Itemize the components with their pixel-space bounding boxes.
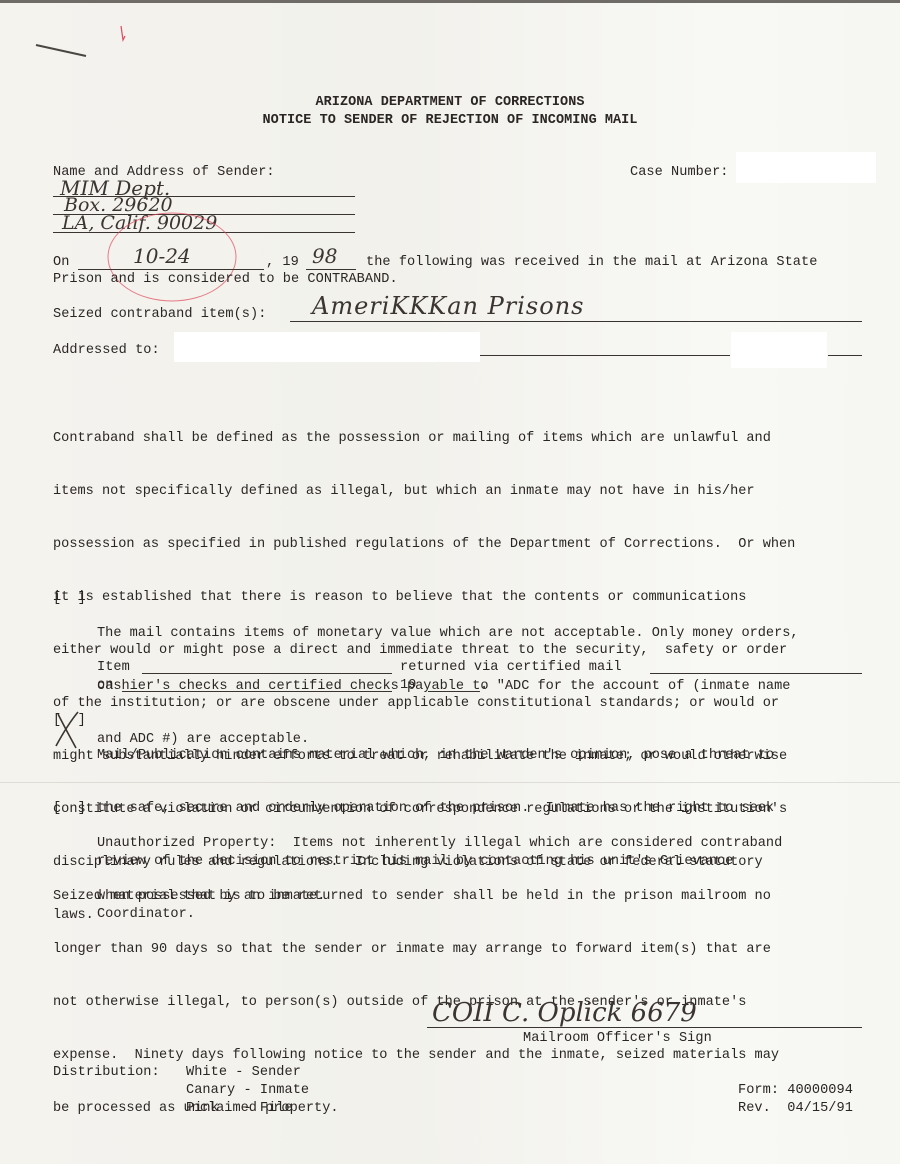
retention-line: longer than 90 days so that the sender o… [53, 941, 873, 959]
item-field[interactable] [142, 673, 392, 674]
distribution-copy-white: White - Sender [186, 1064, 301, 1082]
retention-line: expense. Ninety days following notice to… [53, 1047, 873, 1065]
received-text-line-2: Prison and is considered to be CONTRABAN… [53, 271, 398, 289]
checkbox-unauthorized-property[interactable]: [ ] [53, 800, 86, 818]
option-line: The mail contains items of monetary valu… [97, 625, 877, 643]
title-line-2: NOTICE TO SENDER OF REJECTION OF INCOMIN… [0, 112, 900, 130]
form-revision: Rev. 04/15/91 [738, 1100, 853, 1118]
form-number: Form: 40000094 [738, 1082, 853, 1100]
addressed-underline-end [828, 355, 862, 356]
stray-marks [0, 0, 300, 80]
received-date: 10-24 [133, 244, 191, 268]
seized-underline [290, 321, 862, 322]
year-field[interactable] [428, 691, 480, 692]
signature-line[interactable] [427, 1027, 862, 1028]
returned-field[interactable] [650, 673, 862, 674]
definition-line: Contraband shall be defined as the posse… [53, 430, 873, 448]
year-label: 19 [400, 677, 416, 695]
case-number-label: Case Number: [630, 164, 729, 182]
addressed-redacted [174, 332, 480, 362]
returned-label: returned via certified mail [400, 659, 622, 677]
signature-label: Mailroom Officer's Sign [523, 1030, 712, 1048]
seized-item-value: AmeriKKKan Prisons [312, 292, 584, 320]
definition-line: possession as specified in published reg… [53, 536, 873, 554]
on-date-field[interactable] [122, 691, 392, 692]
paper-fold [0, 782, 900, 783]
definition-line: items not specifically defined as illega… [53, 483, 873, 501]
year-end: . [480, 677, 488, 695]
on-label: on [97, 677, 113, 695]
signature-value: COII C. Oplick 6679 [432, 998, 697, 1028]
document-page: ARIZONA DEPARTMENT OF CORRECTIONS NOTICE… [0, 0, 900, 1164]
seized-label: Seized contraband item(s): [53, 306, 266, 324]
distribution-label: Distribution: [53, 1064, 160, 1082]
received-on-label: On [53, 254, 69, 272]
addressed-redacted-2 [731, 332, 827, 368]
distribution-copy-pink: Pink - File [186, 1100, 293, 1118]
received-year: 98 [312, 244, 337, 268]
title-line-1: ARIZONA DEPARTMENT OF CORRECTIONS [0, 94, 900, 112]
checkmark-x-icon [50, 706, 90, 752]
addressed-label: Addressed to: [53, 342, 160, 360]
received-text: the following was received in the mail a… [366, 254, 817, 272]
retention-line: Seized material that is to be returned t… [53, 888, 873, 906]
case-number-redacted [736, 152, 876, 183]
addressed-underline [480, 355, 730, 356]
item-label: Item [97, 659, 130, 677]
checkbox-monetary[interactable]: [ ] [53, 590, 86, 608]
option-line: Unauthorized Property: Items not inheren… [97, 835, 877, 853]
distribution-copy-canary: Canary - Inmate [186, 1082, 309, 1100]
option-line: Mail/Publication contains material which… [97, 747, 877, 765]
received-year-prefix: , 19 [266, 254, 299, 272]
